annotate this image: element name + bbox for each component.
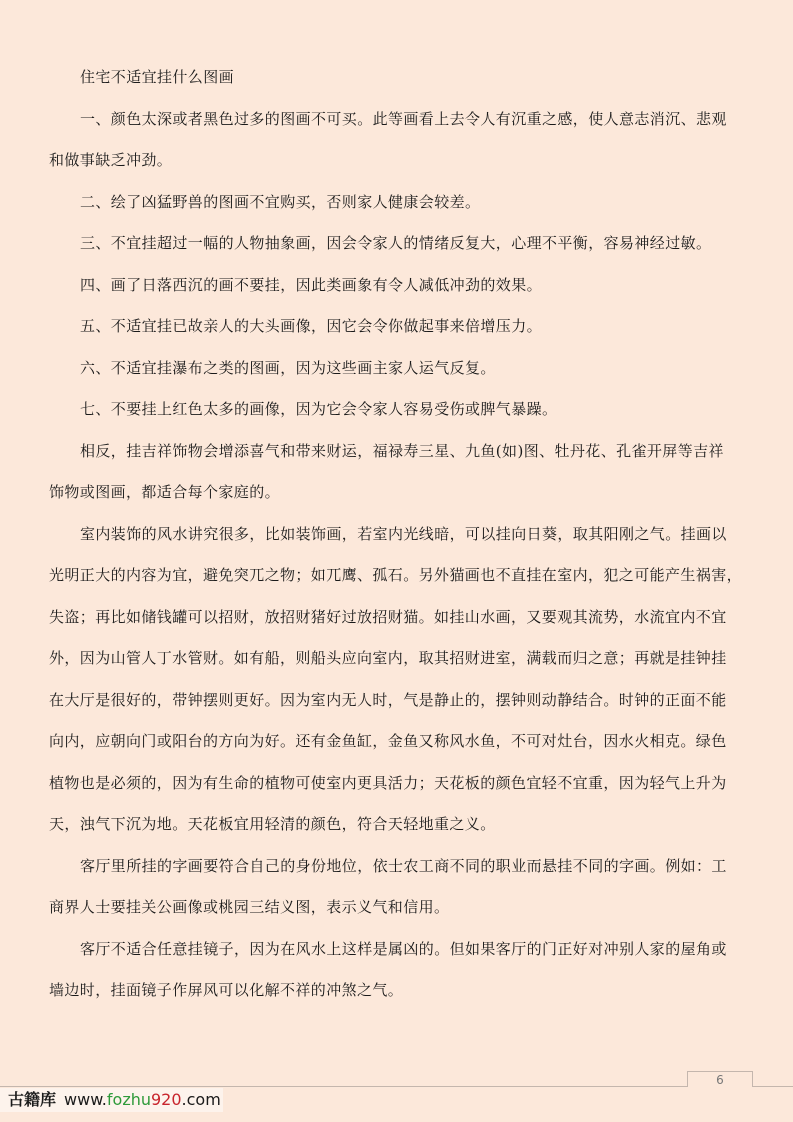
watermark-url-green: fozhu <box>107 1090 151 1109</box>
text-line: 墙边时，挂面镜子作屏风可以化解不祥的冲煞之气。 <box>49 970 749 1012</box>
text-line: 植物也是必须的，因为有生命的植物可使室内更具活力；天花板的颜色宜轻不宜重，因为轻… <box>49 763 749 805</box>
text-line: 客厅不适合任意挂镜子，因为在风水上这样是属凶的。但如果客厅的门正好对冲别人家的屋… <box>49 929 749 971</box>
page-number: 6 <box>687 1071 753 1087</box>
paragraph-item-5: 五、不适宜挂已故亲人的大头画像，因它会令你做起事来倍增压力。 <box>49 306 749 348</box>
watermark-url-red: 920 <box>151 1090 182 1109</box>
paragraph-interior-fengshui: 室内装饰的风水讲究很多，比如装饰画，若室内光线暗，可以挂向日葵，取其阳刚之气。挂… <box>49 514 749 846</box>
text-line: 室内装饰的风水讲究很多，比如装饰画，若室内光线暗，可以挂向日葵，取其阳刚之气。挂… <box>49 514 749 556</box>
text-line: 二、绘了凶猛野兽的图画不宜购买，否则家人健康会较差。 <box>49 182 749 224</box>
text-line: 失盗；再比如储钱罐可以招财，放招财猪好过放招财猫。如挂山水画，又要观其流势，水流… <box>49 597 749 639</box>
text-line: 光明正大的内容为宜，避免突兀之物；如兀鹰、孤石。另外猫画也不直挂在室内，犯之可能… <box>49 555 749 597</box>
watermark-url-suffix: .com <box>182 1090 221 1109</box>
paragraph-item-7: 七、不要挂上红色太多的画像，因为它会令家人容易受伤或脾气暴躁。 <box>49 389 749 431</box>
text-line: 六、不适宜挂瀑布之类的图画，因为这些画主家人运气反复。 <box>49 348 749 390</box>
paragraph-living-room-mirror: 客厅不适合任意挂镜子，因为在风水上这样是属凶的。但如果客厅的门正好对冲别人家的屋… <box>49 929 749 1012</box>
text-line: 外，因为山管人丁水管财。如有船，则船头应向室内，取其招财进室，满载而归之意；再就… <box>49 638 749 680</box>
footer-divider <box>0 1086 793 1087</box>
text-line: 四、画了日落西沉的画不要挂，因此类画象有令人减低冲劲的效果。 <box>49 265 749 307</box>
watermark-site-name: 古籍库 <box>8 1090 56 1109</box>
site-watermark[interactable]: 古籍库www.fozhu920.com <box>0 1088 223 1112</box>
paragraph-auspicious: 相反，挂吉祥饰物会增添喜气和带来财运，福禄寿三星、九鱼(如)图、牡丹花、孔雀开屏… <box>49 431 749 514</box>
text-line: 向内，应朝向门或阳台的方向为好。还有金鱼缸，金鱼又称风水鱼，不可对灶台，因水火相… <box>49 721 749 763</box>
watermark-url-prefix: www. <box>64 1090 107 1109</box>
document-page: 住宅不适宜挂什么图画 一、颜色太深或者黑色过多的图画不可买。此等画看上去令人有沉… <box>49 57 749 1012</box>
paragraph-item-6: 六、不适宜挂瀑布之类的图画，因为这些画主家人运气反复。 <box>49 348 749 390</box>
text-line: 天，浊气下沉为地。天花板宜用轻清的颜色，符合天轻地重之义。 <box>49 804 749 846</box>
paragraph-item-1: 一、颜色太深或者黑色过多的图画不可买。此等画看上去令人有沉重之感，使人意志消沉、… <box>49 99 749 182</box>
text-line: 商界人士要挂关公画像或桃园三结义图，表示义气和信用。 <box>49 887 749 929</box>
text-line: 七、不要挂上红色太多的画像，因为它会令家人容易受伤或脾气暴躁。 <box>49 389 749 431</box>
paragraph-item-2: 二、绘了凶猛野兽的图画不宜购买，否则家人健康会较差。 <box>49 182 749 224</box>
document-title: 住宅不适宜挂什么图画 <box>49 57 749 99</box>
text-line: 客厅里所挂的字画要符合自己的身份地位，依士农工商不同的职业而悬挂不同的字画。例如… <box>49 846 749 888</box>
paragraph-living-room-calligraphy: 客厅里所挂的字画要符合自己的身份地位，依士农工商不同的职业而悬挂不同的字画。例如… <box>49 846 749 929</box>
text-line: 在大厅是很好的，带钟摆则更好。因为室内无人时，气是静止的，摆钟则动静结合。时钟的… <box>49 680 749 722</box>
text-line: 和做事缺乏冲劲。 <box>49 140 749 182</box>
text-line: 相反，挂吉祥饰物会增添喜气和带来财运，福禄寿三星、九鱼(如)图、牡丹花、孔雀开屏… <box>49 431 749 473</box>
paragraph-item-3: 三、不宜挂超过一幅的人物抽象画，因会令家人的情绪反复大，心理不平衡，容易神经过敏… <box>49 223 749 265</box>
text-line: 饰物或图画，都适合每个家庭的。 <box>49 472 749 514</box>
text-line: 住宅不适宜挂什么图画 <box>49 57 749 99</box>
paragraph-item-4: 四、画了日落西沉的画不要挂，因此类画象有令人减低冲劲的效果。 <box>49 265 749 307</box>
text-line: 五、不适宜挂已故亲人的大头画像，因它会令你做起事来倍增压力。 <box>49 306 749 348</box>
text-line: 一、颜色太深或者黑色过多的图画不可买。此等画看上去令人有沉重之感，使人意志消沉、… <box>49 99 749 141</box>
text-line: 三、不宜挂超过一幅的人物抽象画，因会令家人的情绪反复大，心理不平衡，容易神经过敏… <box>49 223 749 265</box>
